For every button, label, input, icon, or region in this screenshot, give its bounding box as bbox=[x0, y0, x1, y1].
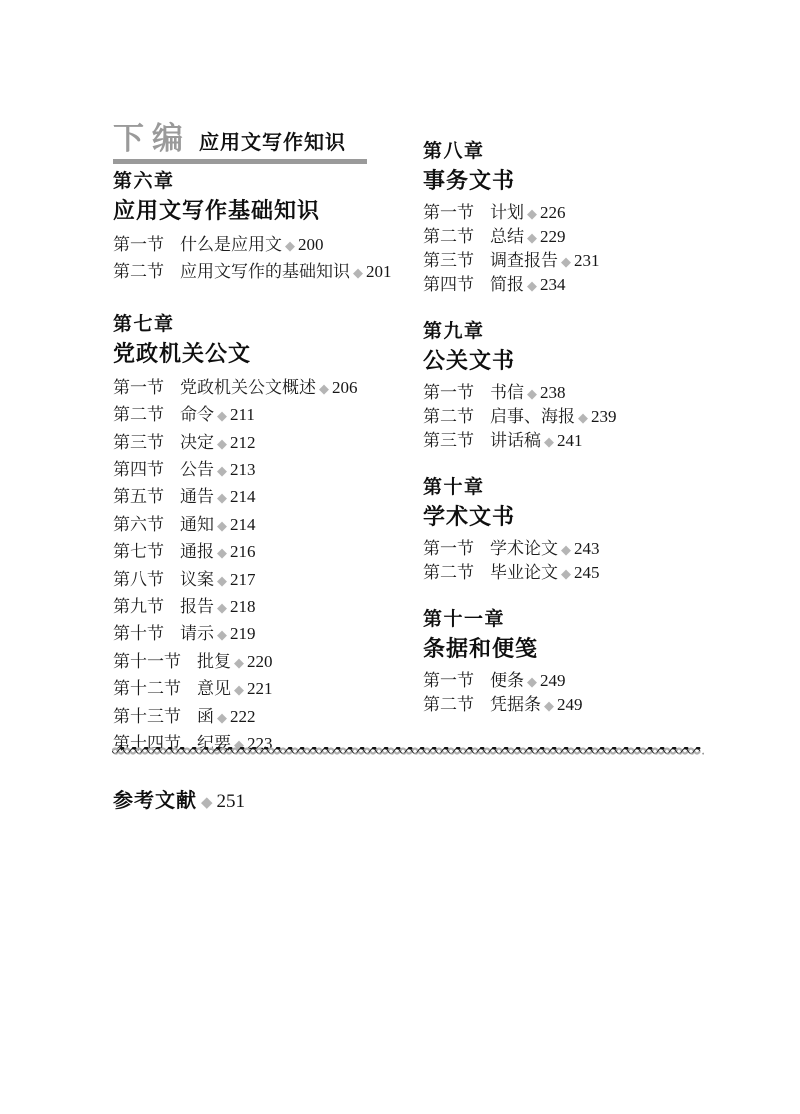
diamond-separator-icon: ◆ bbox=[217, 437, 227, 452]
section-page-number: 218 bbox=[230, 597, 256, 616]
diamond-separator-icon: ◆ bbox=[527, 387, 537, 402]
toc-entry: 第二节应用文写作的基础知识◆201 bbox=[113, 259, 433, 286]
section-page-number: 220 bbox=[247, 652, 273, 671]
diamond-separator-icon: ◆ bbox=[217, 546, 227, 561]
diamond-separator-icon: ◆ bbox=[201, 793, 213, 811]
section-label: 第十三节 bbox=[113, 707, 181, 726]
section-title: 议案 bbox=[180, 570, 214, 589]
toc-page: 下编 应用文写作知识 第六章应用文写作基础知识第一节什么是应用文◆200第二节应… bbox=[0, 0, 800, 1114]
chapter-block: 第八章事务文书第一节计划◆226第二节总结◆229第三节调查报告◆231第四节简… bbox=[423, 138, 743, 298]
section-page-number: 241 bbox=[557, 431, 583, 450]
section-page-number: 234 bbox=[540, 275, 566, 294]
edition-header-line: 下编 应用文写作知识 bbox=[113, 122, 367, 156]
section-title: 毕业论文 bbox=[490, 563, 558, 582]
diamond-separator-icon: ◆ bbox=[217, 601, 227, 616]
section-title: 请示 bbox=[180, 624, 214, 643]
section-label: 第二节 bbox=[423, 227, 474, 246]
section-page-number: 213 bbox=[230, 460, 256, 479]
diamond-separator-icon: ◆ bbox=[217, 628, 227, 643]
diamond-separator-icon: ◆ bbox=[217, 464, 227, 479]
toc-entry: 第一节书信◆238 bbox=[423, 382, 743, 406]
chapter-title: 公关文书 bbox=[423, 346, 743, 376]
toc-entry: 第三节讲话稿◆241 bbox=[423, 430, 743, 454]
section-label: 第三节 bbox=[113, 433, 164, 452]
toc-entry: 第十节请示◆219 bbox=[113, 621, 433, 648]
right-column: 第八章事务文书第一节计划◆226第二节总结◆229第三节调查报告◆231第四节简… bbox=[423, 138, 743, 718]
diamond-separator-icon: ◆ bbox=[527, 675, 537, 690]
section-title: 学术论文 bbox=[490, 539, 558, 558]
diamond-separator-icon: ◆ bbox=[561, 567, 571, 582]
chapter-sections: 第一节计划◆226第二节总结◆229第三节调查报告◆231第四节简报◆234 bbox=[423, 202, 743, 298]
section-page-number: 216 bbox=[230, 542, 256, 561]
section-label: 第十节 bbox=[113, 624, 164, 643]
edition-label: 下编 bbox=[113, 122, 191, 156]
section-page-number: 200 bbox=[298, 235, 324, 254]
section-title: 意见 bbox=[197, 679, 231, 698]
diamond-separator-icon: ◆ bbox=[217, 409, 227, 424]
diamond-separator-icon: ◆ bbox=[217, 519, 227, 534]
section-title: 书信 bbox=[490, 383, 524, 402]
section-page-number: 229 bbox=[540, 227, 566, 246]
toc-entry: 第四节简报◆234 bbox=[423, 274, 743, 298]
section-page-number: 201 bbox=[366, 262, 392, 281]
section-title: 简报 bbox=[490, 275, 524, 294]
section-title: 讲话稿 bbox=[490, 431, 541, 450]
diamond-separator-icon: ◆ bbox=[353, 266, 363, 281]
toc-entry: 第一节学术论文◆243 bbox=[423, 538, 743, 562]
diamond-separator-icon: ◆ bbox=[578, 411, 588, 426]
diamond-separator-icon: ◆ bbox=[527, 231, 537, 246]
section-title: 便条 bbox=[490, 671, 524, 690]
diamond-separator-icon: ◆ bbox=[285, 239, 295, 254]
toc-entry: 第二节总结◆229 bbox=[423, 226, 743, 250]
section-label: 第二节 bbox=[423, 563, 474, 582]
chapter-sections: 第一节学术论文◆243第二节毕业论文◆245 bbox=[423, 538, 743, 586]
toc-entry: 第二节毕业论文◆245 bbox=[423, 562, 743, 586]
diamond-separator-icon: ◆ bbox=[561, 255, 571, 270]
toc-entry: 第五节通告◆214 bbox=[113, 484, 433, 511]
header-rule bbox=[113, 159, 367, 164]
diamond-separator-icon: ◆ bbox=[544, 699, 554, 714]
section-title: 通告 bbox=[180, 487, 214, 506]
section-page-number: 219 bbox=[230, 624, 256, 643]
toc-entry: 第十三节函◆222 bbox=[113, 704, 433, 731]
section-label: 第五节 bbox=[113, 487, 164, 506]
section-label: 第一节 bbox=[423, 671, 474, 690]
section-label: 第二节 bbox=[423, 407, 474, 426]
references-page-number: 251 bbox=[217, 791, 246, 812]
section-label: 第一节 bbox=[113, 235, 164, 254]
section-label: 第九节 bbox=[113, 597, 164, 616]
toc-entry: 第四节公告◆213 bbox=[113, 457, 433, 484]
references-label: 参考文献 bbox=[113, 790, 197, 812]
section-title: 批复 bbox=[197, 652, 231, 671]
section-page-number: 214 bbox=[230, 487, 256, 506]
diamond-separator-icon: ◆ bbox=[527, 279, 537, 294]
chapter-block: 第十章学术文书第一节学术论文◆243第二节毕业论文◆245 bbox=[423, 474, 743, 586]
section-page-number: 231 bbox=[574, 251, 600, 270]
section-label: 第四节 bbox=[423, 275, 474, 294]
chapter-sections: 第一节党政机关公文概述◆206第二节命令◆211第三节决定◆212第四节公告◆2… bbox=[113, 375, 433, 759]
diamond-separator-icon: ◆ bbox=[234, 656, 244, 671]
diamond-separator-icon: ◆ bbox=[217, 574, 227, 589]
toc-entry: 第一节党政机关公文概述◆206 bbox=[113, 375, 433, 402]
section-page-number: 206 bbox=[332, 378, 358, 397]
section-title: 函 bbox=[197, 707, 214, 726]
section-label: 第六节 bbox=[113, 515, 164, 534]
section-label: 第二节 bbox=[423, 695, 474, 714]
chapter-title: 党政机关公文 bbox=[113, 339, 433, 369]
section-title: 调查报告 bbox=[490, 251, 558, 270]
chapter-number: 第十一章 bbox=[423, 606, 743, 634]
references-entry: 参考文献◆251 bbox=[113, 784, 245, 813]
section-page-number: 245 bbox=[574, 563, 600, 582]
section-page-number: 212 bbox=[230, 433, 256, 452]
edition-header: 下编 应用文写作知识 bbox=[113, 122, 367, 164]
section-title: 命令 bbox=[180, 405, 214, 424]
section-title: 决定 bbox=[180, 433, 214, 452]
wave-divider-icon bbox=[112, 745, 704, 757]
wave-divider bbox=[112, 744, 704, 756]
toc-entry: 第三节决定◆212 bbox=[113, 430, 433, 457]
section-label: 第二节 bbox=[113, 262, 164, 281]
section-label: 第八节 bbox=[113, 570, 164, 589]
chapter-sections: 第一节什么是应用文◆200第二节应用文写作的基础知识◆201 bbox=[113, 232, 433, 287]
section-page-number: 221 bbox=[247, 679, 273, 698]
toc-entry: 第二节凭据条◆249 bbox=[423, 694, 743, 718]
toc-entry: 第七节通报◆216 bbox=[113, 539, 433, 566]
chapter-number: 第七章 bbox=[113, 311, 433, 339]
section-label: 第十二节 bbox=[113, 679, 181, 698]
section-label: 第二节 bbox=[113, 405, 164, 424]
section-label: 第十一节 bbox=[113, 652, 181, 671]
diamond-separator-icon: ◆ bbox=[319, 382, 329, 397]
toc-entry: 第八节议案◆217 bbox=[113, 567, 433, 594]
section-title: 总结 bbox=[490, 227, 524, 246]
section-page-number: 249 bbox=[540, 671, 566, 690]
chapter-title: 学术文书 bbox=[423, 502, 743, 532]
chapter-number: 第八章 bbox=[423, 138, 743, 166]
section-title: 报告 bbox=[180, 597, 214, 616]
section-title: 启事、海报 bbox=[490, 407, 575, 426]
section-title: 通报 bbox=[180, 542, 214, 561]
section-page-number: 243 bbox=[574, 539, 600, 558]
diamond-separator-icon: ◆ bbox=[561, 543, 571, 558]
section-label: 第一节 bbox=[423, 203, 474, 222]
toc-entry: 第十一节批复◆220 bbox=[113, 649, 433, 676]
diamond-separator-icon: ◆ bbox=[527, 207, 537, 222]
chapter-title: 事务文书 bbox=[423, 166, 743, 196]
toc-entry: 第九节报告◆218 bbox=[113, 594, 433, 621]
toc-entry: 第二节命令◆211 bbox=[113, 402, 433, 429]
section-label: 第一节 bbox=[423, 539, 474, 558]
section-title: 党政机关公文概述 bbox=[180, 378, 316, 397]
chapter-block: 第十一章条据和便笺第一节便条◆249第二节凭据条◆249 bbox=[423, 606, 743, 718]
section-title: 通知 bbox=[180, 515, 214, 534]
diamond-separator-icon: ◆ bbox=[217, 711, 227, 726]
toc-entry: 第一节计划◆226 bbox=[423, 202, 743, 226]
section-title: 什么是应用文 bbox=[180, 235, 282, 254]
section-label: 第一节 bbox=[423, 383, 474, 402]
section-label: 第七节 bbox=[113, 542, 164, 561]
chapter-number: 第六章 bbox=[113, 168, 433, 196]
section-page-number: 211 bbox=[230, 405, 255, 424]
section-page-number: 226 bbox=[540, 203, 566, 222]
section-label: 第一节 bbox=[113, 378, 164, 397]
section-title: 凭据条 bbox=[490, 695, 541, 714]
diamond-separator-icon: ◆ bbox=[234, 683, 244, 698]
chapter-sections: 第一节便条◆249第二节凭据条◆249 bbox=[423, 670, 743, 718]
toc-entry: 第三节调查报告◆231 bbox=[423, 250, 743, 274]
section-label: 第三节 bbox=[423, 251, 474, 270]
chapter-title: 应用文写作基础知识 bbox=[113, 196, 433, 226]
diamond-separator-icon: ◆ bbox=[544, 435, 554, 450]
chapter-title: 条据和便笺 bbox=[423, 634, 743, 664]
section-label: 第三节 bbox=[423, 431, 474, 450]
section-page-number: 217 bbox=[230, 570, 256, 589]
section-title: 应用文写作的基础知识 bbox=[180, 262, 350, 281]
toc-entry: 第一节什么是应用文◆200 bbox=[113, 232, 433, 259]
section-page-number: 249 bbox=[557, 695, 583, 714]
chapter-number: 第九章 bbox=[423, 318, 743, 346]
left-column: 第六章应用文写作基础知识第一节什么是应用文◆200第二节应用文写作的基础知识◆2… bbox=[113, 168, 433, 759]
section-label: 第四节 bbox=[113, 460, 164, 479]
toc-entry: 第二节启事、海报◆239 bbox=[423, 406, 743, 430]
toc-entry: 第十二节意见◆221 bbox=[113, 676, 433, 703]
section-page-number: 239 bbox=[591, 407, 617, 426]
chapter-block: 第九章公关文书第一节书信◆238第二节启事、海报◆239第三节讲话稿◆241 bbox=[423, 318, 743, 454]
section-page-number: 222 bbox=[230, 707, 256, 726]
section-page-number: 214 bbox=[230, 515, 256, 534]
toc-entry: 第六节通知◆214 bbox=[113, 512, 433, 539]
chapter-block: 第七章党政机关公文第一节党政机关公文概述◆206第二节命令◆211第三节决定◆2… bbox=[113, 311, 433, 759]
section-title: 公告 bbox=[180, 460, 214, 479]
chapter-sections: 第一节书信◆238第二节启事、海报◆239第三节讲话稿◆241 bbox=[423, 382, 743, 454]
toc-entry: 第一节便条◆249 bbox=[423, 670, 743, 694]
edition-title: 应用文写作知识 bbox=[199, 126, 346, 155]
section-page-number: 238 bbox=[540, 383, 566, 402]
chapter-number: 第十章 bbox=[423, 474, 743, 502]
section-title: 计划 bbox=[490, 203, 524, 222]
diamond-separator-icon: ◆ bbox=[217, 491, 227, 506]
chapter-block: 第六章应用文写作基础知识第一节什么是应用文◆200第二节应用文写作的基础知识◆2… bbox=[113, 168, 433, 287]
